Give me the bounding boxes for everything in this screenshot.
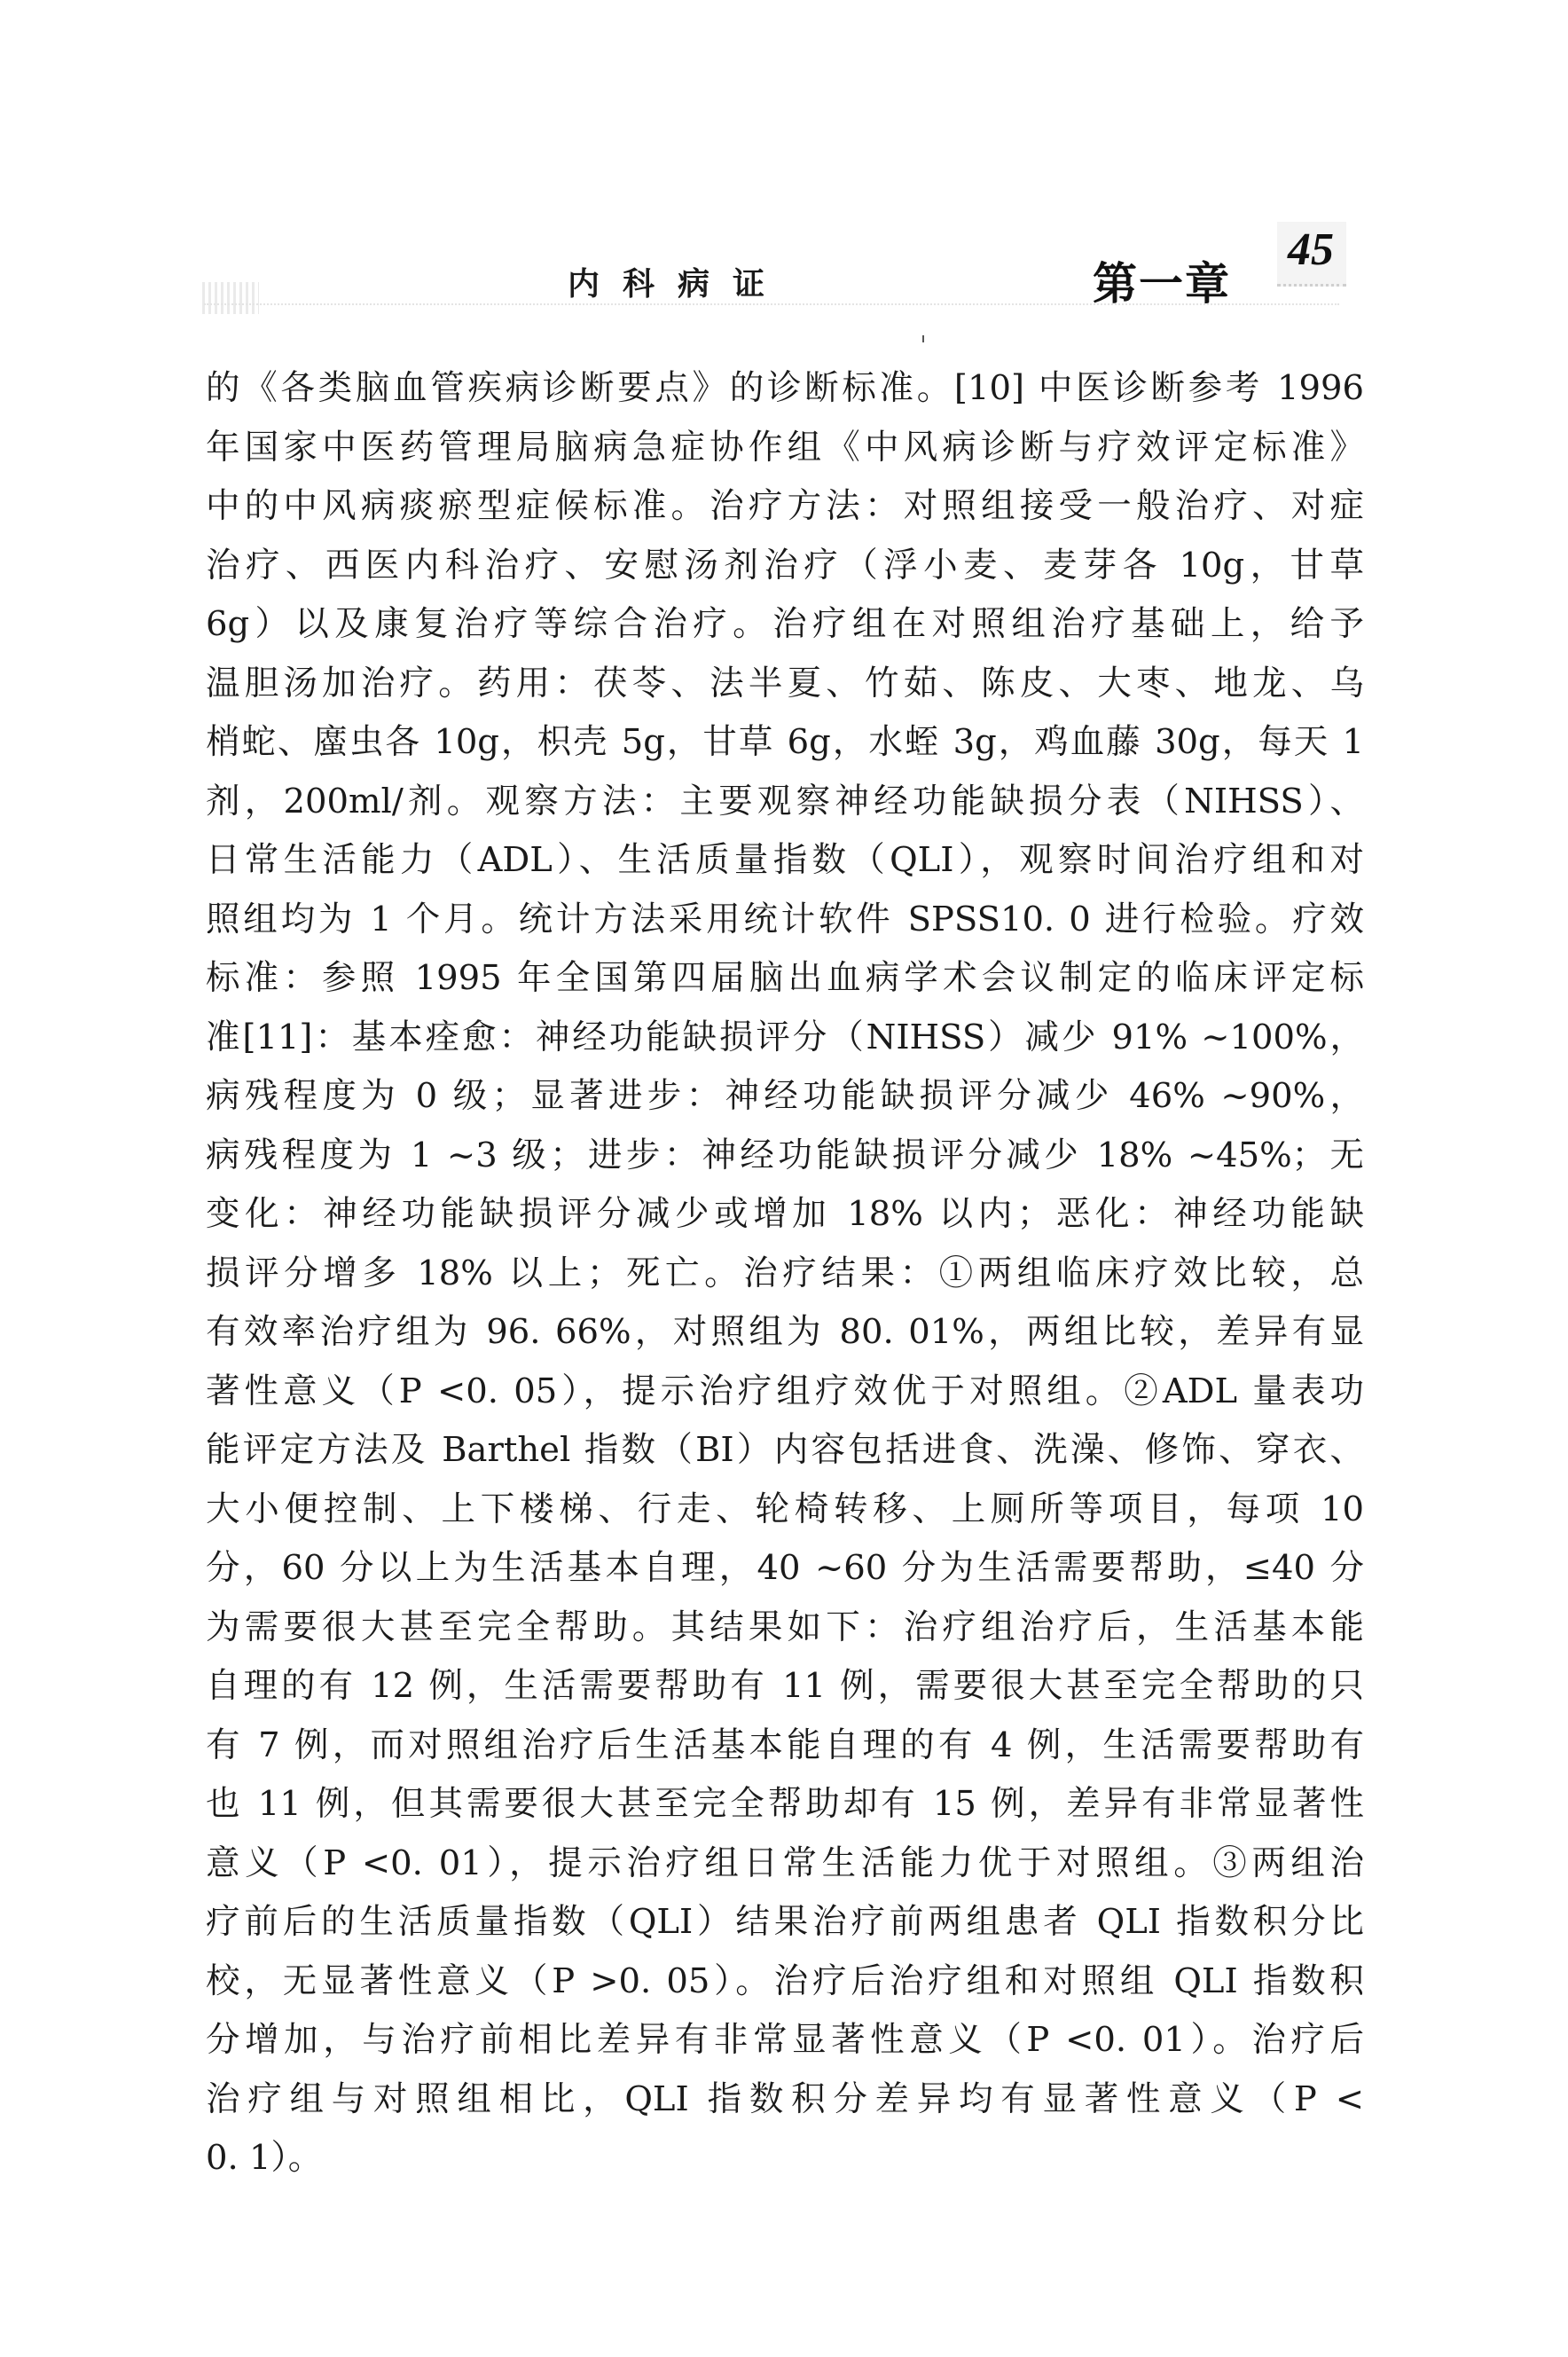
text-line: 0. 1）。 [206, 2129, 1364, 2188]
text-line: 中的中风病痰瘀型症候标准。治疗方法：对照组接受一般治疗、对症 [206, 477, 1364, 537]
text-line: 6g）以及康复治疗等综合治疗。治疗组在对照组治疗基础上，给予 [206, 595, 1364, 655]
text-line: 准[11]：基本痊愈：神经功能缺损评分（NIHSS）减少 91% ~100%， [206, 1009, 1364, 1068]
text-line: 能评定方法及 Barthel 指数（BI）内容包括进食、洗澡、修饰、穿衣、 [206, 1421, 1364, 1481]
running-chapter-title: 第一章 [1093, 248, 1231, 312]
text-line: 梢蛇、䗪虫各 10g，枳壳 5g，甘草 6g，水蛭 3g，鸡血藤 30g，每天 … [206, 713, 1364, 773]
scan-artifact-mark [202, 282, 259, 314]
text-line: 有效率治疗组为 96. 66%，对照组为 80. 01%，两组比较，差异有显 [206, 1303, 1364, 1363]
text-line: 分，60 分以上为生活基本自理，40 ~60 分为生活需要帮助，≤40 分 [206, 1539, 1364, 1599]
text-line: 治疗组与对照组相比，QLI 指数积分差异均有显著性意义（P < [206, 2070, 1364, 2130]
text-line: 自理的有 12 例，生活需要帮助有 11 例，需要很大甚至完全帮助的只 [206, 1657, 1364, 1717]
text-line: 疗前后的生活质量指数（QLI）结果治疗前两组患者 QLI 指数积分比 [206, 1893, 1364, 1952]
running-header: 内科病证 第一章 45 [0, 0, 1568, 337]
text-line: 为需要很大甚至完全帮助。其结果如下：治疗组治疗后，生活基本能 [206, 1599, 1364, 1658]
text-line: 意义（P <0. 01），提示治疗组日常生活能力优于对照组。③两组治 [206, 1835, 1364, 1894]
text-line: 病残程度为 0 级；显著进步：神经功能缺损评分减少 46% ~90%， [206, 1067, 1364, 1127]
text-line: 大小便控制、上下楼梯、行走、轮椅转移、上厕所等项目，每项 10 [206, 1481, 1364, 1540]
text-line: 治疗、西医内科治疗、安慰汤剂治疗（浮小麦、麦芽各 10g，甘草 [206, 537, 1364, 596]
text-line: 剂，200ml/剂。观察方法：主要观察神经功能缺损分表（NIHSS）、 [206, 773, 1364, 832]
text-line: 著性意义（P <0. 05），提示治疗组疗效优于对照组。②ADL 量表功 [206, 1363, 1364, 1422]
text-line: 有 7 例，而对照组治疗后生活基本能自理的有 4 例，生活需要帮助有 [206, 1717, 1364, 1776]
body-paragraph: 的《各类脑血管疾病诊断要点》的诊断标准。[10] 中医诊断参考 1996 年国家… [206, 359, 1364, 2188]
text-line: 病残程度为 1 ~3 级；进步：神经功能缺损评分减少 18% ~45%；无 [206, 1127, 1364, 1186]
text-line: 标准：参照 1995 年全国第四届脑出血病学术会议制定的临床评定标 [206, 949, 1364, 1009]
text-line: 的《各类脑血管疾病诊断要点》的诊断标准。[10] 中医诊断参考 1996 [206, 359, 1364, 419]
text-line: 也 11 例，但其需要很大甚至完全帮助却有 15 例，差异有非常显著性 [206, 1775, 1364, 1835]
text-line: 变化：神经功能缺损评分减少或增加 18% 以内；恶化：神经功能缺 [206, 1185, 1364, 1245]
text-line: 分增加，与治疗前相比差异有非常显著性意义（P <0. 01）。治疗后 [206, 2011, 1364, 2070]
page-number: 45 [1288, 224, 1334, 276]
text-line: 损评分增多 18% 以上；死亡。治疗结果：①两组临床疗效比较，总 [206, 1245, 1364, 1304]
text-line: 年国家中医药管理局脑病急症协作组《中风病诊断与疗效评定标准》 [206, 419, 1364, 478]
text-line: 日常生活能力（ADL）、生活质量指数（QLI），观察时间治疗组和对 [206, 831, 1364, 891]
text-line: 温胆汤加治疗。药用：茯苓、法半夏、竹茹、陈皮、大枣、地龙、乌 [206, 655, 1364, 714]
running-section-title: 内科病证 [568, 259, 788, 304]
text-line: 照组均为 1 个月。统计方法采用统计软件 SPSS10. 0 进行检验。疗效 [206, 891, 1364, 950]
text-line: 校，无显著性意义（P >0. 05）。治疗后治疗组和对照组 QLI 指数积 [206, 1952, 1364, 2012]
scan-artifact-tick [922, 335, 924, 342]
